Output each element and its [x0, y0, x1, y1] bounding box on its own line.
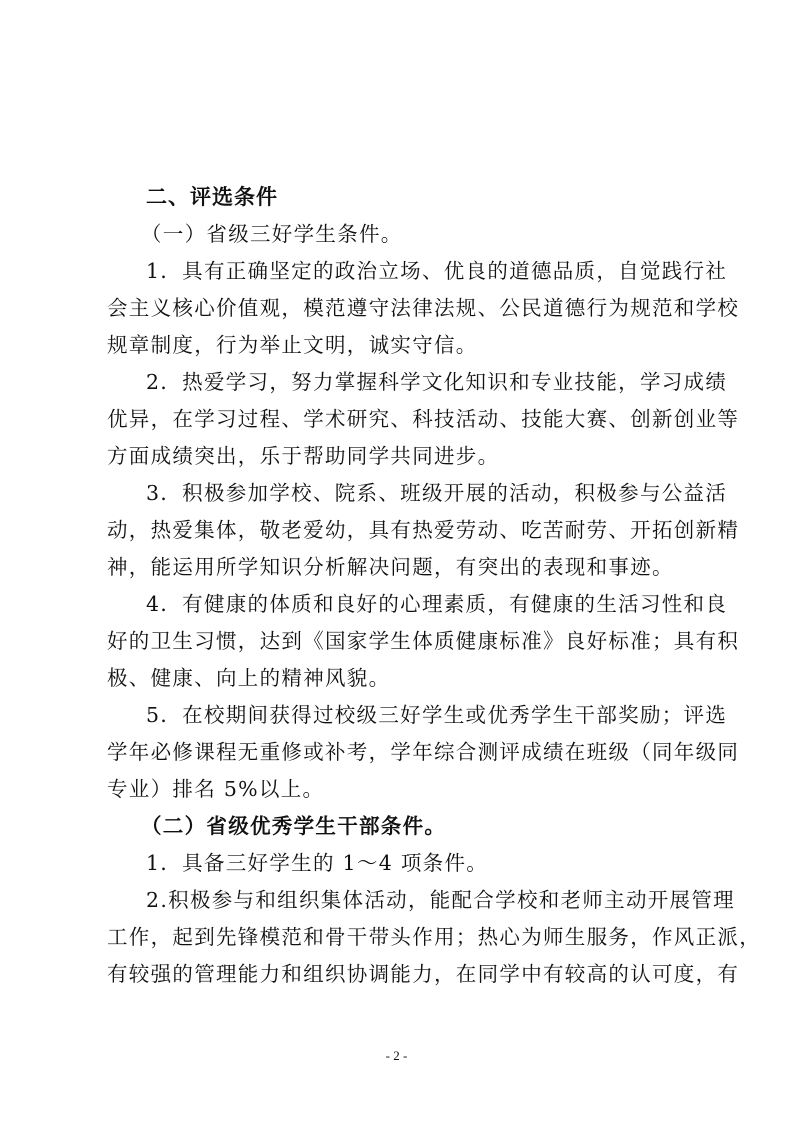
paragraph-line: 专业）排名 5%以上。	[107, 777, 697, 801]
paragraph-line: 会主义核心价值观，模范遵守法律法规、公民道德行为规范和学校	[107, 296, 697, 320]
paragraph-line: 1．具有正确坚定的政治立场、优良的道德品质，自觉践行社	[146, 259, 697, 283]
paragraph-line: 4．有健康的体质和良好的心理素质，有健康的生活习性和良	[146, 592, 697, 616]
section-heading: 二、评选条件	[146, 185, 736, 209]
paragraph-line: 优异，在学习过程、学术研究、科技活动、技能大赛、创新创业等	[107, 407, 697, 431]
paragraph-line: 有较强的管理能力和组织协调能力，在同学中有较高的认可度，有	[107, 962, 697, 986]
document-page: 二、评选条件 （一）省级三好学生条件。 1．具有正确坚定的政治立场、优良的道德品…	[0, 0, 793, 1122]
subsection-title-1: （一）省级三好学生条件。	[141, 222, 731, 246]
paragraph-line: 1．具备三好学生的 1～4 项条件。	[146, 851, 697, 875]
paragraph-line: 5．在校期间获得过校级三好学生或优秀学生干部奖励；评选	[146, 703, 697, 727]
paragraph-line: 3．积极参加学校、院系、班级开展的活动，积极参与公益活	[146, 481, 697, 505]
paragraph-line: 极、健康、向上的精神风貌。	[107, 666, 697, 690]
paragraph-line: 好的卫生习惯，达到《国家学生体质健康标准》良好标准；具有积	[107, 629, 697, 653]
paragraph-line: 2.积极参与和组织集体活动，能配合学校和老师主动开展管理	[146, 888, 697, 912]
paragraph-line: 动，热爱集体，敬老爱幼，具有热爱劳动、吃苦耐劳、开拓创新精	[107, 518, 697, 542]
paragraph-line: 方面成绩突出，乐于帮助同学共同进步。	[107, 444, 697, 468]
paragraph-line: 规章制度，行为举止文明，诚实守信。	[107, 333, 697, 357]
subsection-title-2: （二）省级优秀学生干部条件。	[141, 814, 731, 838]
paragraph-line: 学年必修课程无重修或补考，学年综合测评成绩在班级（同年级同	[107, 740, 697, 764]
paragraph-line: 2．热爱学习，努力掌握科学文化知识和专业技能，学习成绩	[146, 370, 697, 394]
page-number: - 2 -	[0, 1048, 793, 1064]
paragraph-line: 工作，起到先锋模范和骨干带头作用；热心为师生服务，作风正派，	[107, 925, 697, 949]
paragraph-line: 神，能运用所学知识分析解决问题，有突出的表现和事迹。	[107, 555, 697, 579]
